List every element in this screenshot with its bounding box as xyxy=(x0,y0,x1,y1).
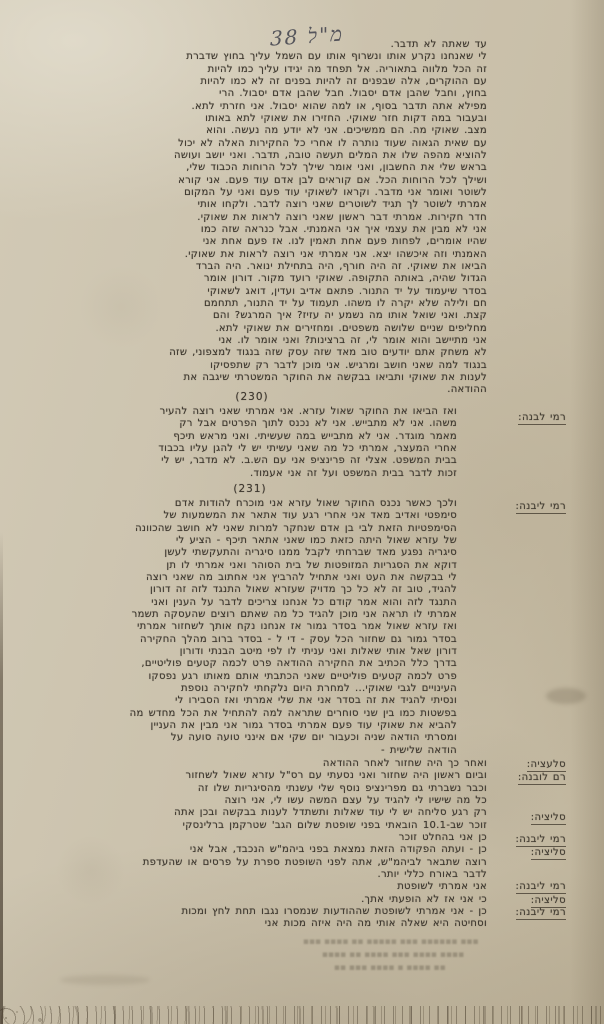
text-line: לדבר באורח כללי יותר. xyxy=(35,869,487,881)
text-line: חם ולילה שלא יקרה לו משהו. תעמוד על יד ה… xyxy=(35,298,487,310)
text-line: משהו. אני לא מתבייש. אני לא נכנס לתוך הפ… xyxy=(45,418,457,430)
text-line: חדר חקירות. אמרתי דבר ראשון שאני רוצה לר… xyxy=(35,212,487,224)
text-line: לי בבקשה את העט ואני אתחיל להרביץ אני אח… xyxy=(45,572,457,584)
text-line: זכות לדבר בבית המשפט ועל זה אני אעמוד. xyxy=(45,468,457,480)
text-line: האמנתי וזה איכשהו יצא. אני אמרתי אני רוצ… xyxy=(35,249,487,261)
speaker-label: סלעציה: xyxy=(527,759,566,772)
text-line: כן אני בהחלט זוכר xyxy=(35,832,487,844)
speaker-label: רמי ליבנה: xyxy=(516,501,566,514)
text-line: לי שאנחנו נקרע אותו ונשרוף אותו עם השמל … xyxy=(35,51,487,63)
speaker-label: רמי לבנה: xyxy=(518,412,566,425)
text-line: בסדר גמור גם שחזור הכל עסק - די ל - בסדר… xyxy=(45,634,457,646)
text-line: להוציא מהפה שלו את המלים תעשה טובה, תדבר… xyxy=(35,150,487,162)
scanned-page: מ"ל 38 עד שאתה לא תדבר.לי שאנחנו נקרע או… xyxy=(0,0,604,1024)
body-text-section-231: ולכך כאשר נכנס החוקר שאול עזרא אני מוכרח… xyxy=(45,498,457,757)
text-line: כן - ועתה הפקודה הזאת נמצאת בפני ביהמ"ש … xyxy=(35,844,487,856)
text-line: זוכר שב-10.1 הובאתי בפני שופטת שלום הגב'… xyxy=(35,820,487,832)
text-line: ואחר כך היה שחזור לאחר ההודאה xyxy=(35,758,487,770)
text-line: עד שאתה לא תדבר. xyxy=(35,39,487,51)
scan-edge-line xyxy=(0,532,3,1024)
bleed-through-text: ▪▪▪ ▪▪▪▪ ▪▪ ▪▪▪▪▪ ▪▪▪ ▪▪▪▪▪▪ ▪▪▪ xyxy=(303,936,479,948)
text-line: רוצה שתבאר לביהמ"ש, אתה לפני השופטת ספרת… xyxy=(35,857,487,869)
text-line: בפשטות כמו בין שני סוחרים שתראה למה להתח… xyxy=(45,708,457,720)
text-line: התנגד לזה והוא אמר קודם כל אנחנו צריכים … xyxy=(45,597,457,609)
body-text-bottom: ואחר כך היה שחזור לאחר ההודאהוביום ראשון… xyxy=(35,758,487,931)
bottom-stains xyxy=(0,1006,604,1024)
text-line: מאמר מוגדר. אני לא מתבייש במה שעשיתי. וא… xyxy=(45,431,457,443)
text-line: סיגריה נפגע מאד שברחתי לקבל ממנו סיגריה … xyxy=(45,547,457,559)
text-line: בסדר שיעמוד על יד התנור. פתאם אדיב ועדין… xyxy=(35,286,487,298)
text-line: עם שאית הגאוה שעוד נותרה לו אחרי כל החקי… xyxy=(35,138,487,150)
bleed-through-text: ▪▪▪▪ ▪▪ ▪▪▪▪ ▪▪▪ ▪▪▪▪ ▪▪▪▪ xyxy=(322,949,464,961)
text-line: אני לא מבין את עצמי איך אני האמנתי. אבל … xyxy=(35,224,487,236)
text-line: לשוטר ואומר אני מדבר. וקראו לשאוקי עוד פ… xyxy=(35,187,487,199)
text-line: אמרתי לו תראה אני מוכן להגיד כל מה שאתם … xyxy=(45,609,457,621)
text-line: ובעבור במה דקות חזר שאוקי. החזירו את שאו… xyxy=(35,113,487,125)
text-line: עם ההוקרים, אלה שבפנים זה להיות בפנים זה… xyxy=(35,76,487,88)
paper-stain xyxy=(60,975,150,985)
text-line: בבית המשפט. אצלי זה פרינציפ אני עם הש.ב.… xyxy=(45,455,457,467)
text-line: סימפטי ואדיב מאד אני אחרי רגע עוד אתאר א… xyxy=(45,510,457,522)
text-line: של עזרא שאול היתה כזאת כמו שאני אתאר תיכ… xyxy=(45,535,457,547)
text-line: להביא את שאוקי עוד פעם אמרתי בסדר גמור א… xyxy=(45,720,457,732)
text-line: וכבר נשברתי גם מפרינציפ נוסף שלי עשנתי מ… xyxy=(35,783,487,795)
section-marker-231: (231) xyxy=(190,483,310,495)
section-marker-230: (230) xyxy=(192,391,312,403)
text-line: פרט לכמה קטעים פוליטיים שאני הכתבתי אותם… xyxy=(45,671,457,683)
text-line: כי אני אז לא הופעתי אתך. xyxy=(35,894,487,906)
text-line: העינויים לגבי שאוקי... למחרת היום נלקחתי… xyxy=(45,683,457,695)
text-line: אני אמרתי לשופטת xyxy=(35,881,487,893)
text-line: קצת. ואני שואל אותו מה נשמע יה עזיז? איך… xyxy=(35,310,487,322)
text-line: בדרך כלל הכתיב את החקירה ההודאה פרט לכמה… xyxy=(45,658,457,670)
speaker-label: סליציה: xyxy=(531,812,566,825)
page-edge-shadow xyxy=(570,0,604,1024)
text-line: בחוץ, וחבל שהבן אדם יסבול. חבל שהבן אדם … xyxy=(35,88,487,100)
text-line: דוקא את הסגריות המזופטות של בית הסוהר וא… xyxy=(45,560,457,572)
paper-stain xyxy=(546,688,586,704)
text-line: הגדול שהיה, באותה התקופה. שאוקי רועד מקו… xyxy=(35,273,487,285)
text-line: וסחיטה היא שאלה אותי מה היה איזה מכות אנ… xyxy=(35,918,487,930)
text-line: ולכך כאשר נכנס החוקר שאול עזרא אני מוכרח… xyxy=(45,498,457,510)
text-line: לא משחק אתם יודעים טוב מאד שזה עסק שזה ב… xyxy=(35,347,487,359)
text-line: וביום ראשון היה שחזור ואני נסעתי עם רס"ל… xyxy=(35,770,487,782)
text-line: בנגוד למה שאני חושב ומרגיש. אני מוכן לדב… xyxy=(35,360,487,372)
text-line: כל מה שישיו לי להגיד על עצם המשה עשו לי,… xyxy=(35,795,487,807)
body-text-main: עד שאתה לא תדבר.לי שאנחנו נקרע אותו ונשר… xyxy=(35,39,487,397)
text-line: שהיו אומרים, לפחות פעם אחת תאמין לנו. אז… xyxy=(35,236,487,248)
text-line: הסימפטיות הזאת לבי בן אדם שנחקר למרות שא… xyxy=(45,523,457,535)
text-line: ומסרתי הודאה שניה וכעבור יום שקי אם איננ… xyxy=(45,732,457,744)
text-line: לענות את שאוקי ותביאו בבקשה את החוקר המש… xyxy=(35,372,487,384)
text-line: אני מתיישב והוא אומר לי, זה ברצינות? ואנ… xyxy=(35,335,487,347)
text-line: מצב. שאוקי מה. הם ממשיכים. אני לא יודע מ… xyxy=(35,125,487,137)
bleed-through-text: ▪▪ ▪▪▪ ▪▪▪▪ ▪ ▪▪▪▪ ▪▪ xyxy=(334,962,446,974)
text-line: מפילא אתה תדבר בסוף, או למה שהוא יסבול. … xyxy=(35,101,487,113)
text-line: ואז עזרא שאול אמר בסדר גמור אז אנחנו נקח… xyxy=(45,621,457,633)
text-line: ושילך לכל הרוחות הכל. אם קוראים לבן אדם … xyxy=(35,175,487,187)
text-line: כן - אני אמרתי לשופטת שההודעות שנמסרו נג… xyxy=(35,906,487,918)
speaker-label: רם לובנה: xyxy=(518,772,566,785)
text-line: זה הכל מלווה בתאוריה. אל תפחד מה יגידו ע… xyxy=(35,64,487,76)
text-line: בראש שלי את החשבון, ואני אומר שילך לכל ה… xyxy=(35,162,487,174)
text-line: אחרי המעצר, אמרתי כל מה שאני עשיתי יש לי… xyxy=(45,443,457,455)
text-line: ואז הביאו את החוקר שאול עזרא. אני אמרתי … xyxy=(45,406,457,418)
speaker-label: רמי ליבנה: xyxy=(516,881,566,894)
text-line: להגיד, טוב זה לא כל כך מדויק שעזרא שאול … xyxy=(45,584,457,596)
text-line: דורון שאל אותי שאלות ואני עניתי לו לפי מ… xyxy=(45,646,457,658)
text-line: מחליפים שניים שלושה משפטים. ומחזירים את … xyxy=(35,323,487,335)
speaker-label: סליציה: xyxy=(531,847,566,860)
speaker-label: רמי ליבנה: xyxy=(516,907,566,920)
text-line: רק רגע סליחה יש לי עוד שאלות ותשתדל לענו… xyxy=(35,807,487,819)
body-text-section-230: ואז הביאו את החוקר שאול עזרא. אני אמרתי … xyxy=(45,406,457,480)
text-line: ונסיתי להגיד את זה בסדר אני את שלי אמרתי… xyxy=(45,695,457,707)
text-line: הביאו את שאוקי. זה היה חורף, היה בתחילת … xyxy=(35,261,487,273)
text-line: הודאה שלישית - xyxy=(45,745,457,757)
text-line: אמרתי לשוטר לך תגיד לשוטרים שאני רוצה לד… xyxy=(35,199,487,211)
speaker-label: רמי ליבנה: xyxy=(516,834,566,847)
